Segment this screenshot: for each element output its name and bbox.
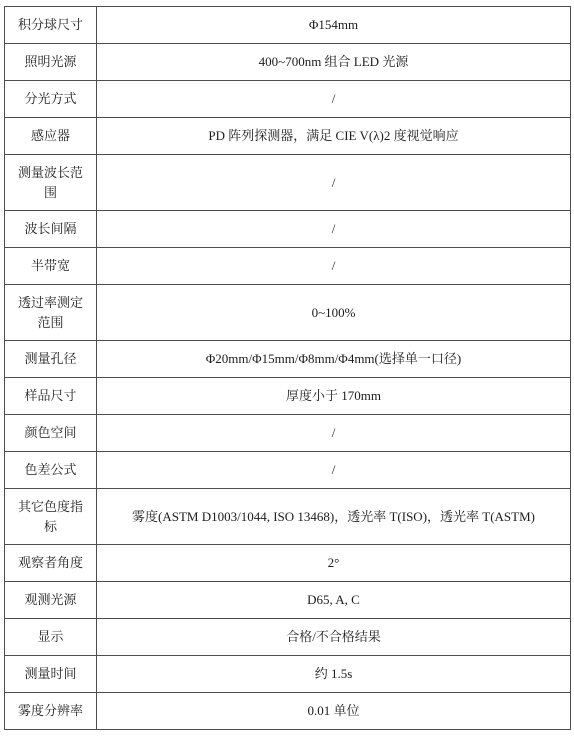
spec-label: 观测光源 [5,582,97,619]
spec-label: 透过率测定范围 [5,285,97,341]
spec-row: 测量孔径 Φ20mm/Φ15mm/Φ8mm/Φ4mm(选择单一口径) [5,341,571,378]
spec-row: 分光方式 / [5,81,571,118]
spec-row: 波长间隔 / [5,211,571,248]
spec-row: 透过率测定范围 0~100% [5,285,571,341]
spec-label: 积分球尺寸 [5,7,97,44]
spec-value: / [97,155,571,211]
spec-label: 色差公式 [5,452,97,489]
spec-label: 测量时间 [5,656,97,693]
spec-value: 400~700nm 组合 LED 光源 [97,44,571,81]
spec-value: / [97,211,571,248]
spec-value: 厚度小于 170mm [97,378,571,415]
spec-value: PD 阵列探测器，满足 CIE V(λ)2 度视觉响应 [97,118,571,155]
spec-label: 分光方式 [5,81,97,118]
spec-row: 积分球尺寸 Φ154mm [5,7,571,44]
spec-row: 样品尺寸 厚度小于 170mm [5,378,571,415]
spec-label: 颜色空间 [5,415,97,452]
spec-label: 其它色度指标 [5,489,97,545]
spec-row: 照明光源 400~700nm 组合 LED 光源 [5,44,571,81]
spec-row: 观测光源 D65, A, C [5,582,571,619]
spec-label: 测量孔径 [5,341,97,378]
spec-row: 测量波长范围 / [5,155,571,211]
spec-label: 半带宽 [5,248,97,285]
spec-label: 雾度分辨率 [5,693,97,730]
spec-label: 观察者角度 [5,545,97,582]
spec-value: 约 1.5s [97,656,571,693]
spec-label: 测量波长范围 [5,155,97,211]
spec-table-body: 积分球尺寸 Φ154mm 照明光源 400~700nm 组合 LED 光源 分光… [5,7,571,730]
spec-label: 显示 [5,619,97,656]
spec-row: 感应器 PD 阵列探测器，满足 CIE V(λ)2 度视觉响应 [5,118,571,155]
spec-row: 半带宽 / [5,248,571,285]
spec-value: D65, A, C [97,582,571,619]
spec-label: 照明光源 [5,44,97,81]
spec-value: 0~100% [97,285,571,341]
document-page: 积分球尺寸 Φ154mm 照明光源 400~700nm 组合 LED 光源 分光… [0,0,574,749]
spec-value: 合格/不合格结果 [97,619,571,656]
spec-value: / [97,81,571,118]
spec-value: / [97,452,571,489]
spec-row: 显示 合格/不合格结果 [5,619,571,656]
spec-label: 波长间隔 [5,211,97,248]
spec-label: 样品尺寸 [5,378,97,415]
spec-value: 0.01 单位 [97,693,571,730]
spec-value: / [97,248,571,285]
spec-row: 雾度分辨率 0.01 单位 [5,693,571,730]
spec-row: 颜色空间 / [5,415,571,452]
spec-value: Φ20mm/Φ15mm/Φ8mm/Φ4mm(选择单一口径) [97,341,571,378]
spec-table: 积分球尺寸 Φ154mm 照明光源 400~700nm 组合 LED 光源 分光… [4,6,571,730]
spec-value: Φ154mm [97,7,571,44]
spec-value: 雾度(ASTM D1003/1044, ISO 13468)，透光率 T(ISO… [97,489,571,545]
spec-row: 其它色度指标 雾度(ASTM D1003/1044, ISO 13468)，透光… [5,489,571,545]
spec-value: / [97,415,571,452]
spec-label: 感应器 [5,118,97,155]
spec-row: 色差公式 / [5,452,571,489]
spec-row: 观察者角度 2° [5,545,571,582]
spec-row: 测量时间 约 1.5s [5,656,571,693]
spec-value: 2° [97,545,571,582]
